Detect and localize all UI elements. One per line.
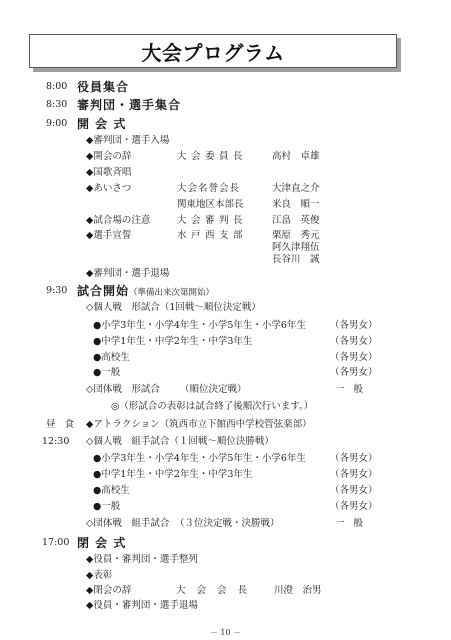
item-label: 個人戦 組手試合（１回戦～順位決勝戦） [93,436,274,447]
item-sub: （順位決定戦） [180,382,247,398]
category-note: （各男女） [330,350,378,366]
item-label: 閉会の辞 [93,585,131,596]
person-name: 高村 卓雄 [272,149,320,165]
kata-award-note: ◎（形試合の表彰は試合終了後順次行います。） [111,399,313,415]
person-name: 川澄 治男 [274,583,322,599]
category-note: （各男女） [330,318,378,334]
page-title: 大会プログラム [141,37,284,66]
category-label: 高校生 [101,352,130,363]
item-label: 個人戦 形試合（1回戦～順位決定戦） [93,302,261,313]
category-note: （各男女） [330,499,378,515]
title-box: 大会プログラム [29,34,397,68]
category-note: （各男女） [330,334,378,350]
event-label: 閉 会 式 [77,535,126,551]
category-label: 一般 [101,501,120,512]
time-label: 12:30 [42,434,69,450]
person-name: 米良 順一 [272,197,320,213]
person-name: 大津直之介 [272,181,320,197]
category-label: 小学3年生・小学4年生・小学5年生・小学6年生 [101,320,306,331]
item-label: 役員・審判団・選手整列 [93,554,198,565]
event-label: 審判団・選手集合 [77,97,181,113]
item-label: 表彰 [93,570,112,581]
item-sub: （３位決定戦・決勝戦） [175,516,280,532]
division-label: 一般 [335,382,372,398]
role-label: 大会審判長 [177,213,247,229]
page-number: － 10 － [0,627,451,638]
event-note: （準備出来次第開始） [129,288,214,298]
person-name: 長谷川 誠 [272,252,320,268]
item-label: 団体戦 形試合 [93,384,160,395]
category-note: （各男女） [330,467,378,483]
time-label: 9:30 [46,283,67,299]
time-label: 昼 食 [46,417,77,433]
item-label: 試合場の注意 [93,215,150,226]
time-label: 9:00 [46,116,67,132]
category-label: 中学1年生・中学2年生・中学3年生 [101,469,252,480]
role-label: 大会委員長 [177,149,247,165]
item-label: 団体戦 組手試合 [93,518,169,529]
person-name: 江畠 英俊 [272,213,320,229]
category-label: 高校生 [101,485,130,496]
item-label: 選手宣誓 [93,230,131,241]
event-label: 開 会 式 [77,116,126,132]
item-label: 審判団・選手入場 [93,135,169,146]
item-label: 審判団・選手退場 [93,268,169,279]
category-label: 中学1年生・中学2年生・中学3年生 [101,336,252,347]
item-label: あいさつ [93,183,131,194]
item-label: 国歌斉唱 [93,167,131,178]
time-label: 8:00 [46,79,67,95]
category-note: （各男女） [330,451,378,467]
role-label: 大会会長 [176,583,258,599]
role-label: 大会名誉会長 [177,181,240,197]
category-note: （各男女） [330,483,378,499]
time-label: 8:30 [46,97,67,113]
item-label: 役員・審判団・選手退場 [93,600,198,611]
category-label: 一般 [101,367,120,378]
item-label: アトラクション（筑西市立下館西中学校管弦楽部） [93,419,311,430]
division-label: 一般 [335,516,372,532]
category-note: （各男女） [330,365,378,381]
item-label: 開会の辞 [93,151,131,162]
time-label: 17:00 [42,535,69,551]
role-label: 関東地区本部長 [177,197,244,213]
role-label: 水戸西支部 [177,228,247,244]
category-label: 小学3年生・小学4年生・小学5年生・小学6年生 [101,453,306,464]
event-label: 役員集合 [77,79,129,95]
event-label: 試合開始 [77,284,129,298]
